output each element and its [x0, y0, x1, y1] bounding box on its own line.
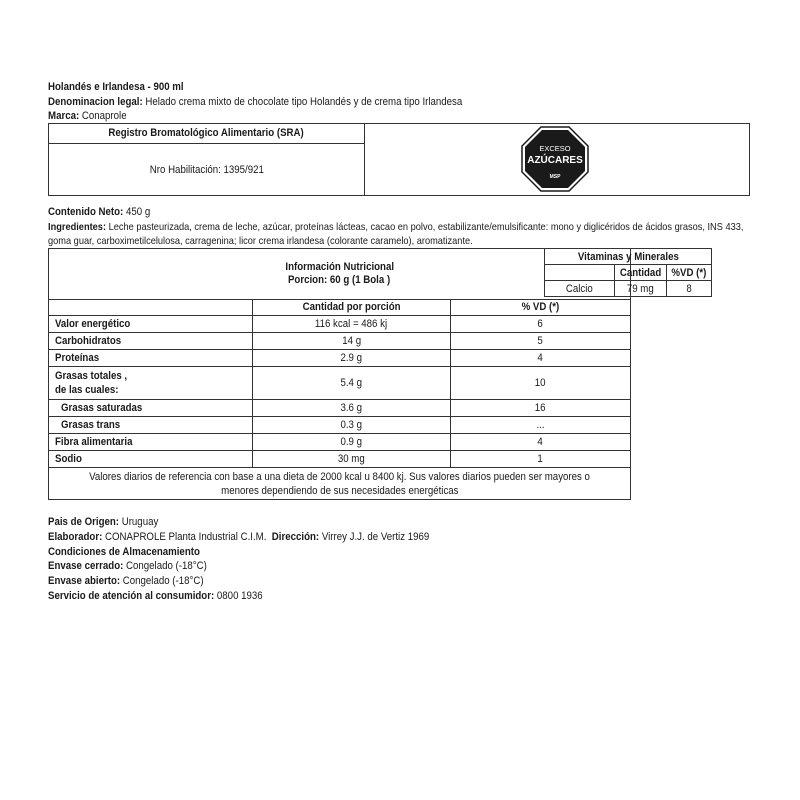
table-row: Valor energético 116 kcal = 486 kj 6 — [49, 316, 631, 333]
table-row: Sodio 30 mg 1 — [49, 451, 631, 468]
consumer-service: Servicio de atención al consumidor: 0800… — [48, 589, 263, 603]
vit-col-qty: Cantidad — [615, 265, 667, 281]
brand-label: Marca: — [48, 110, 79, 122]
seal-line2: AZÚCARES — [527, 153, 583, 166]
col-qty-header: Cantidad por porción — [253, 300, 451, 316]
sra-registry: Registro Bromatológico Alimentario (SRA)… — [49, 124, 365, 195]
legal-name-label: Denominacion legal: — [48, 96, 143, 108]
product-title: Holandés e Irlandesa - 900 ml — [48, 80, 184, 94]
net-content: Contenido Neto: 450 g — [48, 205, 150, 219]
net-content-label: Contenido Neto: — [48, 206, 123, 218]
nutrition-header-row: Cantidad por porción % VD (*) — [49, 300, 631, 316]
table-row: Grasas saturadas 3.6 g 16 — [49, 400, 631, 417]
nutrition-portion: Porcion: 60 g (1 Bola ) — [288, 274, 390, 287]
vitamins-title: Vitaminas y Minerales — [545, 249, 712, 265]
legal-name: Denominacion legal: Helado crema mixto d… — [48, 95, 462, 109]
table-row: Grasas totales , de las cuales: 5.4 g 10 — [49, 367, 631, 400]
ingredients-label: Ingredientes: — [48, 221, 106, 233]
storage-title: Condiciones de Almacenamiento — [48, 545, 200, 559]
table-row: Calcio 79 mg 8 — [545, 281, 712, 297]
maker: Elaborador: CONAPROLE Planta Industrial … — [48, 530, 429, 544]
nutrition-footnote-row: Valores diarios de referencia con base a… — [49, 468, 631, 500]
seal-line3: MSP — [550, 174, 562, 180]
vitamins-header-row: Cantidad %VD (*) — [545, 265, 712, 281]
sra-habilitation: Nro Habilitación: 1395/921 — [49, 144, 364, 196]
origin: Pais de Origen: Uruguay — [48, 515, 158, 529]
table-row: Carbohidratos 14 g 5 — [49, 333, 631, 350]
sra-header: Registro Bromatológico Alimentario (SRA) — [49, 124, 364, 144]
excess-sugar-seal-icon: EXCESO AZÚCARES MSP — [521, 126, 589, 192]
net-content-value: 450 g — [126, 206, 150, 218]
vitamins-title-row: Vitaminas y Minerales — [545, 249, 712, 265]
table-row: Proteínas 2.9 g 4 — [49, 350, 631, 367]
address-value: Virrey J.J. de Vertiz 1969 — [322, 531, 429, 543]
ingredients-line1: Ingredientes: Leche pasteurizada, crema … — [48, 220, 743, 234]
brand: Marca: Conaprole — [48, 109, 127, 123]
table-row: Fibra alimentaria 0.9 g 4 — [49, 434, 631, 451]
address-label: Dirección: — [272, 531, 319, 543]
vitamins-table: Vitaminas y Minerales Cantidad %VD (*) C… — [544, 248, 712, 297]
ingredients-line2: goma guar, carboximetilcelulosa, carrage… — [48, 234, 473, 248]
seal-line1: EXCESO — [539, 144, 570, 153]
vit-col-vd: %VD (*) — [667, 265, 712, 281]
sra-box: Registro Bromatológico Alimentario (SRA)… — [48, 123, 750, 196]
legal-name-value: Helado crema mixto de chocolate tipo Hol… — [145, 96, 462, 108]
sra-seal-cell: EXCESO AZÚCARES MSP — [365, 124, 749, 195]
storage-closed: Envase cerrado: Congelado (-18°C) — [48, 559, 207, 573]
col-vd-header: % VD (*) — [451, 300, 631, 316]
ingredients-text-1: Leche pasteurizada, crema de leche, azúc… — [109, 221, 744, 233]
nutrition-footnote: Valores diarios de referencia con base a… — [49, 468, 631, 500]
table-row: Grasas trans 0.3 g ... — [49, 417, 631, 434]
storage-open: Envase abierto: Congelado (-18°C) — [48, 574, 204, 588]
brand-value: Conaprole — [82, 110, 127, 122]
